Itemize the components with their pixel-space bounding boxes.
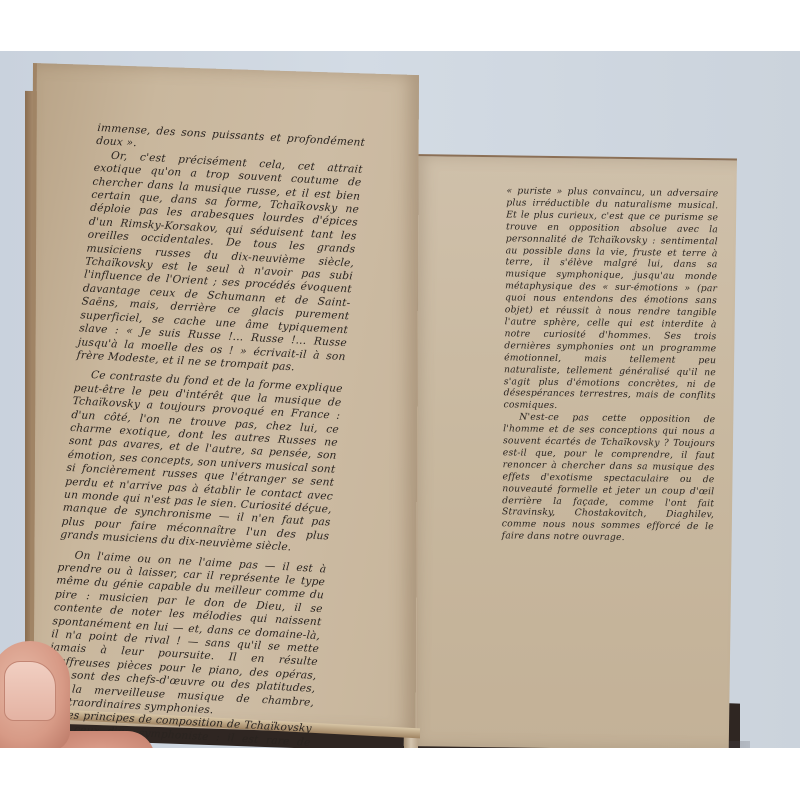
thumb-nail — [4, 661, 56, 721]
book-photo: « puriste » plus convaincu, un adversair… — [0, 51, 800, 748]
left-paragraph-4: On l'aime ou on ne l'aime pas — il est à… — [45, 548, 327, 723]
right-paragraph-1: « puriste » plus convaincu, un adversair… — [503, 185, 718, 414]
right-page-text: « puriste » plus convaincu, un adversair… — [502, 185, 719, 545]
left-paragraph-3: Ce contraste du fond et de la forme expl… — [60, 368, 343, 557]
right-page: « puriste » plus convaincu, un adversair… — [404, 154, 737, 748]
left-paragraph-2: Or, c'est précisément cela, cet attrait … — [76, 149, 363, 378]
right-paragraph-2: N'est-ce pas cette opposition de l'homme… — [502, 412, 716, 546]
left-page-text: immense, des sons puissants et profondém… — [41, 122, 366, 748]
